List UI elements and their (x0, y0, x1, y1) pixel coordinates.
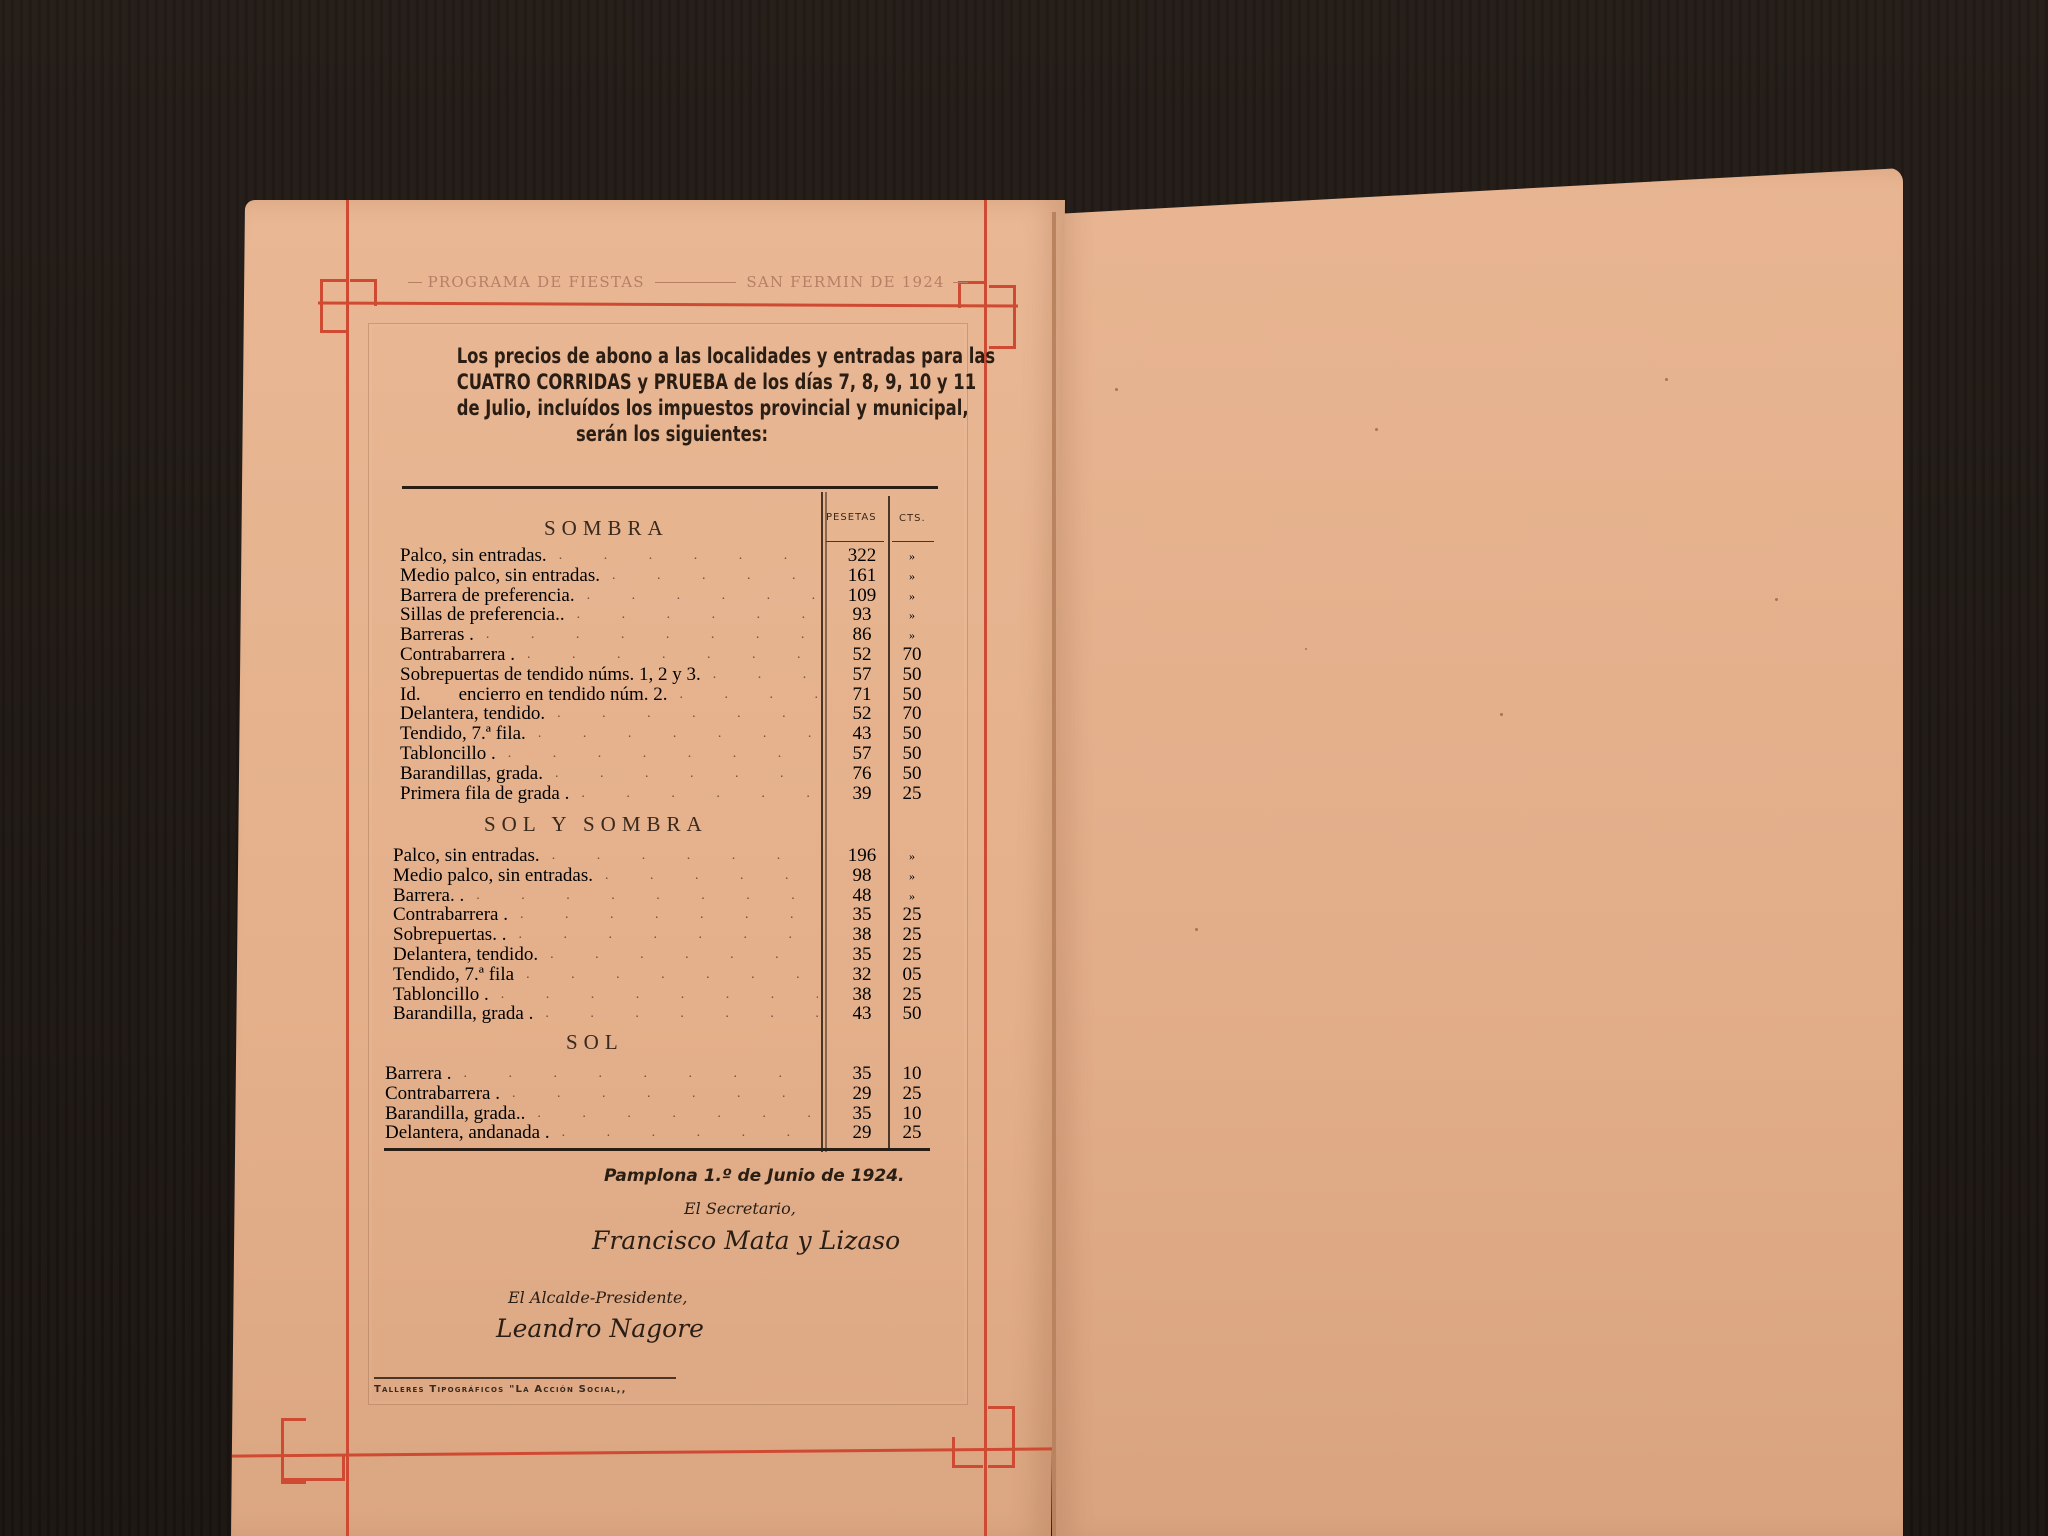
table-row: . . . . . . . . . . . . . . . . .Sobrepu… (400, 665, 960, 685)
table-row: . . . . . . . . . . . . . . . . .Primera… (400, 784, 960, 804)
intro-line-4: serán los siguientes: (457, 421, 888, 447)
row-label: Barreras . (400, 625, 474, 645)
price-centimos: 25 (892, 1084, 932, 1104)
table-row: . . . . . . . . . . . . . . . . .Id. enc… (400, 685, 960, 705)
table-row: . . . . . . . . . . . . . . . . .Contrab… (385, 1084, 945, 1104)
header-underline-cts (892, 541, 934, 542)
leader-dots: . . . . . . . . . . . . . . . . . (557, 704, 818, 724)
footer-rule (374, 1377, 676, 1379)
price-pesetas: 32 (832, 965, 892, 985)
table-row: . . . . . . . . . . . . . . . . .Barrera… (400, 586, 960, 606)
leader-dots: . . . . . . . . . . . . . . . . . (552, 846, 818, 866)
leader-dots: . . . . . . . . . . . . . . . . . (520, 905, 818, 925)
leader-dots: . . . . . . . . . . . . . . . . . (501, 985, 818, 1005)
corner-ornament-bottom-left-c (318, 1454, 345, 1481)
row-label: Contrabarrera . (393, 905, 508, 925)
price-centimos: 50 (892, 744, 932, 764)
price-centimos: 05 (892, 965, 932, 985)
table-row: . . . . . . . . . . . . . . . . .Delante… (385, 1123, 945, 1143)
price-centimos: 70 (892, 645, 932, 665)
price-pesetas: 38 (832, 985, 892, 1005)
table-row: . . . . . . . . . . . . . . . . .Barrera… (393, 886, 953, 906)
table-row: . . . . . . . . . . . . . . . . .Medio p… (400, 566, 960, 586)
table-row: . . . . . . . . . . . . . . . . .Contrab… (400, 645, 960, 665)
price-pesetas: 43 (832, 724, 892, 744)
price-centimos: 25 (892, 905, 932, 925)
row-label: Barandilla, grada . (393, 1004, 533, 1024)
price-pesetas: 57 (832, 744, 892, 764)
row-label: Barrera . (385, 1064, 451, 1084)
table-row: . . . . . . . . . . . . . . . . .Tendido… (393, 965, 953, 985)
leader-dots: . . . . . . . . . . . . . . . . . (605, 866, 818, 886)
table-row: . . . . . . . . . . . . . . . . .Tablonc… (400, 744, 960, 764)
row-label: Id. encierro en tendido núm. 2. (400, 685, 668, 705)
price-pesetas: 71 (832, 685, 892, 705)
table-row: . . . . . . . . . . . . . . . . .Tendido… (400, 724, 960, 744)
price-centimos: 50 (892, 685, 932, 705)
place-and-date: Pamplona 1.º de Junio de 1924. (604, 1166, 904, 1186)
intro-line-3: de Julio, incluídos los impuestos provin… (457, 395, 888, 421)
row-label: Delantera, tendido. (393, 945, 538, 965)
table-top-rule (402, 486, 938, 489)
red-border-vertical-left (346, 200, 349, 1536)
price-pesetas: 57 (832, 665, 892, 685)
row-label: Barandilla, grada.. (385, 1104, 525, 1124)
price-pesetas: 29 (832, 1123, 892, 1143)
book-spine (1052, 212, 1056, 1536)
section-title-sombra: SOMBRA (544, 516, 669, 541)
mayor-title: El Alcalde-Presidente, (508, 1288, 688, 1307)
row-label: Tabloncillo . (393, 985, 489, 1005)
row-label: Palco, sin entradas. (393, 846, 540, 866)
price-centimos: » (892, 605, 932, 625)
price-centimos: 25 (892, 1123, 932, 1143)
header-event-title: SAN FERMIN DE 1924 (746, 273, 944, 291)
section-title-sol: SOL (566, 1030, 624, 1055)
row-label: Barrera. . (393, 886, 464, 906)
secretary-name: Francisco Mata y Lizaso (592, 1226, 900, 1255)
header-program-title: PROGRAMA DE FIESTAS (428, 273, 645, 291)
table-row: . . . . . . . . . . . . . . . . .Barandi… (393, 1004, 953, 1024)
leader-dots: . . . . . . . . . . . . . . . . . (559, 546, 818, 566)
leader-dots: . . . . . . . . . . . . . . . . . (476, 886, 818, 906)
leader-dots: . . . . . . . . . . . . . . . . . (555, 764, 818, 784)
table-row: . . . . . . . . . . . . . . . . .Barandi… (400, 764, 960, 784)
leader-dots: . . . . . . . . . . . . . . . . . (463, 1064, 818, 1084)
price-pesetas: 35 (832, 1064, 892, 1084)
row-label: Medio palco, sin entradas. (393, 866, 593, 886)
price-pesetas: 93 (832, 605, 892, 625)
intro-line-2: CUATRO CORRIDAS y PRUEBA de los días 7, … (457, 369, 888, 395)
price-pesetas: 35 (832, 945, 892, 965)
leader-dots: . . . . . . . . . . . . . . . . . (581, 784, 818, 804)
price-centimos: » (892, 886, 932, 906)
row-label: Contrabarrera . (385, 1084, 500, 1104)
row-label: Palco, sin entradas. (400, 546, 547, 566)
price-centimos: 50 (892, 764, 932, 784)
price-centimos: 25 (892, 784, 932, 804)
secretary-title: El Secretario, (684, 1199, 796, 1218)
column-header-cts: CTS. (899, 513, 926, 524)
leader-dots: . . . . . . . . . . . . . . . . . (518, 925, 818, 945)
leader-dots: . . . . . . . . . . . . . . . . . (562, 1123, 818, 1143)
leader-dots: . . . . . . . . . . . . . . . . . (680, 685, 818, 705)
price-centimos: » (892, 546, 932, 566)
price-pesetas: 86 (832, 625, 892, 645)
price-centimos: » (892, 586, 932, 606)
table-row: . . . . . . . . . . . . . . . . .Contrab… (393, 905, 953, 925)
price-pesetas: 43 (832, 1004, 892, 1024)
leader-dots: . . . . . . . . . . . . . . . . . (538, 724, 818, 744)
table-row: . . . . . . . . . . . . . . . . .Palco, … (400, 546, 960, 566)
running-header: PROGRAMA DE FIESTAS SAN FERMIN DE 1924 (408, 273, 968, 291)
price-pesetas: 52 (832, 704, 892, 724)
right-page-blank (1055, 168, 1903, 1536)
price-pesetas: 52 (832, 645, 892, 665)
price-centimos: » (892, 866, 932, 886)
row-label: Tabloncillo . (400, 744, 496, 764)
price-centimos: 25 (892, 925, 932, 945)
row-label: Tendido, 7.ª fila (393, 965, 514, 985)
table-row: . . . . . . . . . . . . . . . . .Barrera… (400, 625, 960, 645)
price-centimos: » (892, 566, 932, 586)
price-pesetas: 29 (832, 1084, 892, 1104)
row-label: Tendido, 7.ª fila. (400, 724, 526, 744)
table-row: . . . . . . . . . . . . . . . . .Barandi… (385, 1104, 945, 1124)
table-row: . . . . . . . . . . . . . . . . .Medio p… (393, 866, 953, 886)
row-label: Sillas de preferencia.. (400, 605, 565, 625)
table-row: . . . . . . . . . . . . . . . . .Sobrepu… (393, 925, 953, 945)
table-row: . . . . . . . . . . . . . . . . .Delante… (393, 945, 953, 965)
price-pesetas: 109 (832, 586, 892, 606)
column-header-pesetas: PESETAS (826, 512, 877, 523)
price-pesetas: 76 (832, 764, 892, 784)
printer-credit: Talleres Tipográficos "La Acción Social,… (374, 1384, 627, 1395)
leader-dots: . . . . . . . . . . . . . . . . . (587, 586, 818, 606)
leader-dots: . . . . . . . . . . . . . . . . . (612, 566, 818, 586)
price-pesetas: 39 (832, 784, 892, 804)
red-border-vertical-right (984, 200, 987, 1536)
leader-dots: . . . . . . . . . . . . . . . . . (508, 744, 818, 764)
row-label: Medio palco, sin entradas. (400, 566, 600, 586)
corner-ornament-top-left-b (350, 279, 377, 306)
price-centimos: 25 (892, 985, 932, 1005)
price-centimos: 10 (892, 1104, 932, 1124)
price-pesetas: 196 (832, 846, 892, 866)
row-label: Delantera, andanada . (385, 1123, 550, 1143)
price-pesetas: 35 (832, 1104, 892, 1124)
leader-dots: . . . . . . . . . . . . . . . . . (550, 945, 818, 965)
corner-ornament-top-left-a (320, 279, 347, 333)
price-pesetas: 161 (832, 566, 892, 586)
price-centimos: » (892, 625, 932, 645)
section-title-sol-y-sombra: SOL Y SOMBRA (484, 812, 708, 837)
intro-paragraph: Los precios de abono a las localidades y… (457, 343, 888, 447)
price-centimos: » (892, 846, 932, 866)
price-pesetas: 38 (832, 925, 892, 945)
table-row: . . . . . . . . . . . . . . . . .Sillas … (400, 605, 960, 625)
price-pesetas: 48 (832, 886, 892, 906)
row-label: Barandillas, grada. (400, 764, 543, 784)
corner-ornament-bottom-right-a (952, 1437, 983, 1468)
row-label: Primera fila de grada . (400, 784, 569, 804)
price-centimos: 25 (892, 945, 932, 965)
price-pesetas: 322 (832, 546, 892, 566)
header-underline-pesetas (826, 541, 884, 542)
row-label: Barrera de preferencia. (400, 586, 575, 606)
table-row: . . . . . . . . . . . . . . . . .Tablonc… (393, 985, 953, 1005)
leader-dots: . . . . . . . . . . . . . . . . . (526, 965, 818, 985)
leader-dots: . . . . . . . . . . . . . . . . . (486, 625, 818, 645)
leader-dots: . . . . . . . . . . . . . . . . . (537, 1104, 818, 1124)
row-label: Sobrepuertas de tendido núms. 1, 2 y 3. (400, 665, 701, 685)
price-pesetas: 98 (832, 866, 892, 886)
leader-dots: . . . . . . . . . . . . . . . . . (545, 1004, 818, 1024)
row-label: Contrabarrera . (400, 645, 515, 665)
table-row: . . . . . . . . . . . . . . . . .Barrera… (385, 1064, 945, 1084)
table-row: . . . . . . . . . . . . . . . . .Palco, … (393, 846, 953, 866)
price-centimos: 50 (892, 724, 932, 744)
row-label: Delantera, tendido. (400, 704, 545, 724)
row-label: Sobrepuertas. . (393, 925, 506, 945)
price-centimos: 50 (892, 1004, 932, 1024)
mayor-name: Leandro Nagore (496, 1314, 704, 1343)
leader-dots: . . . . . . . . . . . . . . . . . (577, 605, 818, 625)
corner-ornament-top-right-b (989, 285, 1016, 349)
price-centimos: 50 (892, 665, 932, 685)
leader-dots: . . . . . . . . . . . . . . . . . (713, 665, 818, 685)
intro-line-1: Los precios de abono a las localidades y… (457, 343, 888, 369)
leader-dots: . . . . . . . . . . . . . . . . . (512, 1084, 818, 1104)
corner-ornament-bottom-right-b (988, 1406, 1015, 1468)
leader-dots: . . . . . . . . . . . . . . . . . (527, 645, 818, 665)
table-row: . . . . . . . . . . . . . . . . .Delante… (400, 704, 960, 724)
price-centimos: 10 (892, 1064, 932, 1084)
price-pesetas: 35 (832, 905, 892, 925)
table-bottom-rule (384, 1148, 930, 1151)
price-centimos: 70 (892, 704, 932, 724)
